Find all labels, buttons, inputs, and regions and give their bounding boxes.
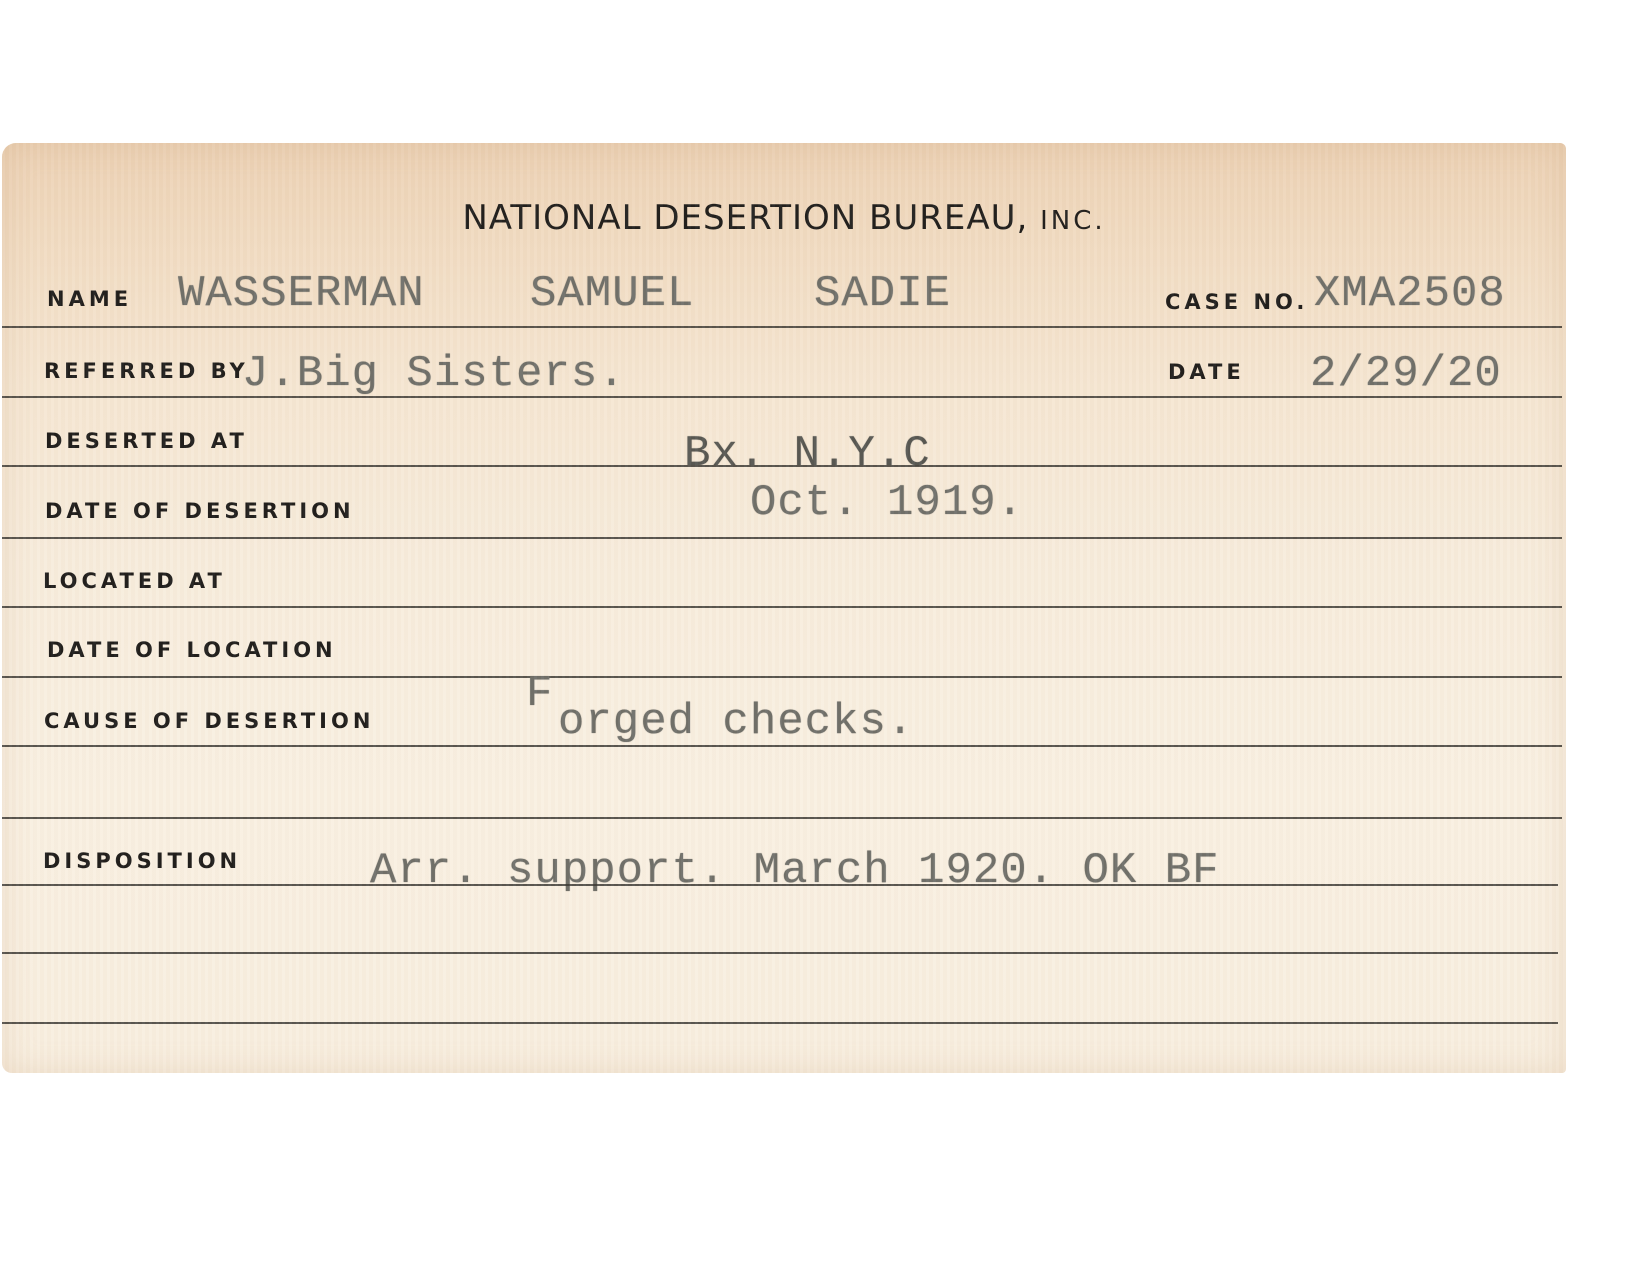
card-title-suffix: INC. — [1040, 206, 1106, 236]
name-husband-value: SAMUEL — [530, 269, 694, 319]
rule-line-disposition — [2, 884, 1558, 886]
referred-by-label: REFERRED BY — [44, 359, 249, 383]
cause-of-desertion-label: CAUSE OF DESERTION — [44, 709, 374, 733]
rule-line-located-at — [2, 606, 1562, 608]
rule-line-name — [2, 326, 1562, 328]
date-value: 2/29/20 — [1310, 349, 1502, 399]
disposition-label: DISPOSITION — [43, 849, 241, 873]
case-no-value: XMA2508 — [1314, 269, 1506, 319]
deserted-at-label: DESERTED AT — [45, 429, 248, 453]
cause-of-desertion-initial: F — [526, 669, 553, 719]
rule-line-blank-1 — [2, 817, 1562, 819]
located-at-label: LOCATED AT — [43, 569, 226, 593]
cause-of-desertion-value: orged checks. — [558, 697, 914, 747]
referred-by-value: J.Big Sisters. — [242, 349, 626, 399]
deserted-at-value: Bx. N.Y.C — [684, 429, 931, 479]
rule-line-blank-3 — [2, 1022, 1558, 1024]
name-label: NAME — [47, 287, 132, 311]
index-card: NATIONAL DESERTION BUREAU, INC. NAME WAS… — [2, 143, 1566, 1073]
card-title-main: NATIONAL DESERTION BUREAU, — [462, 198, 1028, 238]
rule-line-date-of-location — [2, 676, 1562, 678]
card-title: NATIONAL DESERTION BUREAU, INC. — [2, 198, 1566, 238]
date-of-desertion-label: DATE OF DESERTION — [45, 499, 355, 523]
date-label: DATE — [1168, 360, 1245, 384]
date-of-location-label: DATE OF LOCATION — [47, 638, 337, 662]
name-surname-value: WASSERMAN — [178, 269, 425, 319]
disposition-value: Arr. support. March 1920. OK BF — [370, 846, 1220, 896]
rule-line-blank-2 — [2, 952, 1558, 954]
name-wife-value: SADIE — [814, 269, 951, 319]
case-no-label: CASE NO. — [1165, 290, 1308, 314]
rule-line-deserted-at — [2, 465, 1562, 467]
rule-line-cause — [2, 745, 1562, 747]
date-of-desertion-value: Oct. 1919. — [750, 478, 1024, 528]
rule-line-date-of-desertion — [2, 537, 1562, 539]
rule-line-referred — [2, 396, 1562, 398]
